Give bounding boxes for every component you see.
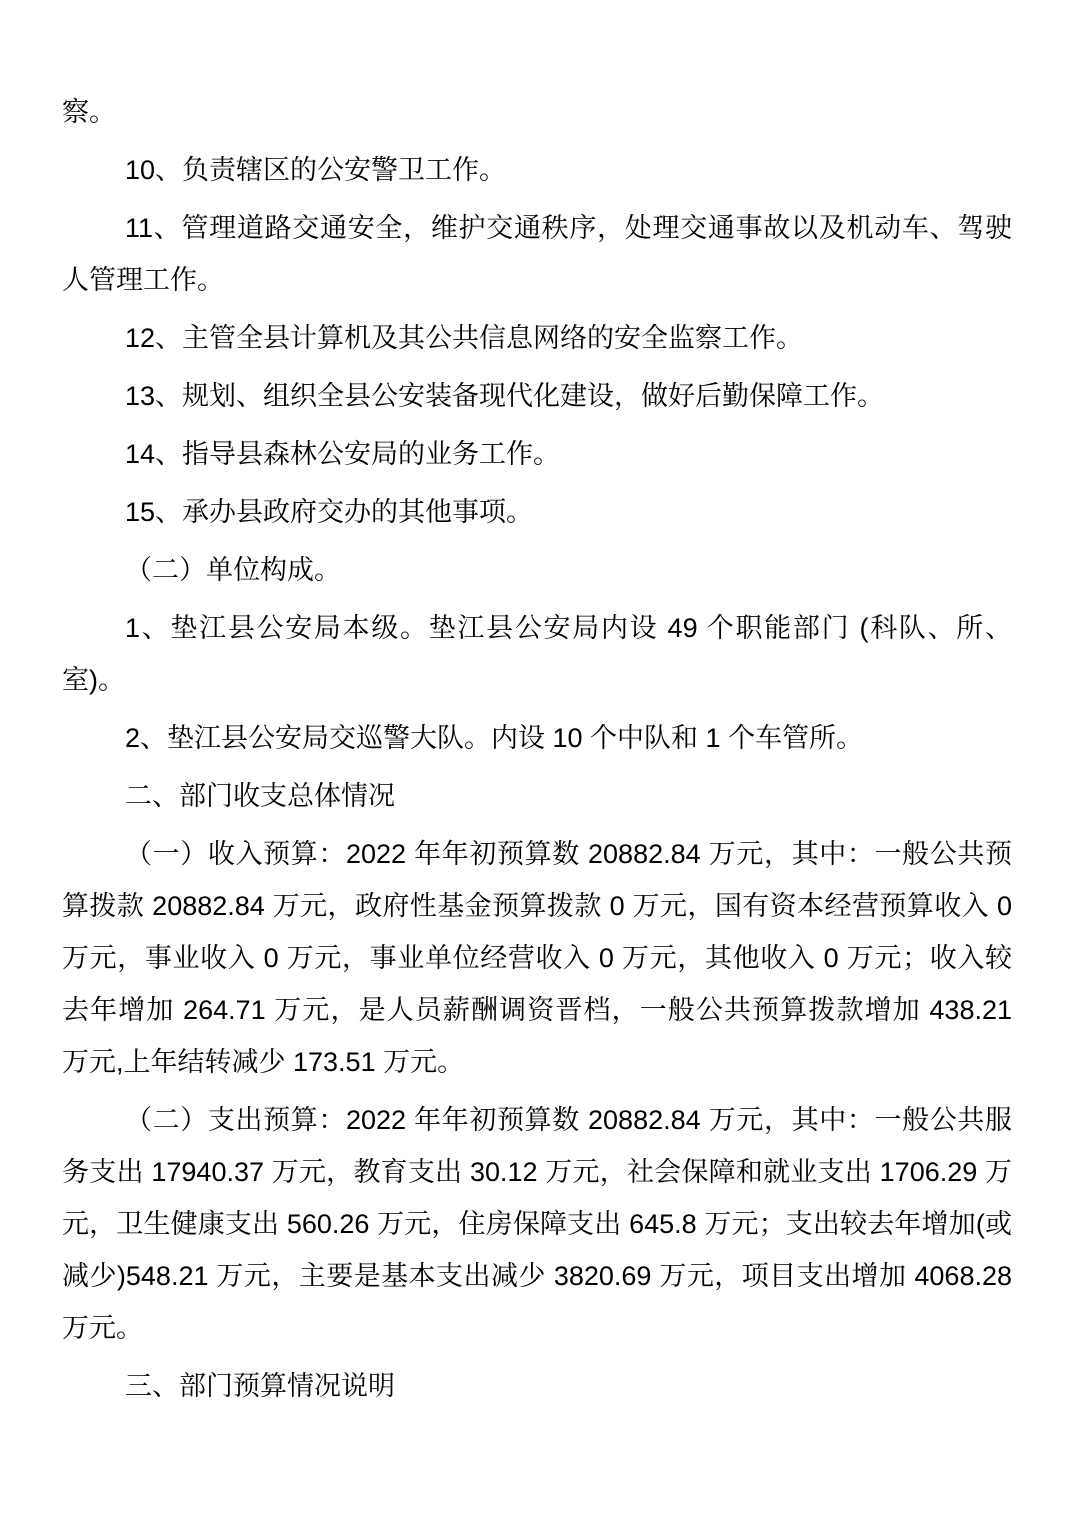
heading-section-3: 三、部门预算情况说明 — [62, 1360, 1012, 1412]
para-unit-item-1: 1、垫江县公安局本级。垫江县公安局内设 49 个职能部门 (科队、所、室)。 — [62, 602, 1012, 706]
para-duty-item-15: 15、承办县政府交办的其他事项。 — [62, 486, 1012, 538]
para-expenditure-budget: （二）支出预算：2022 年年初预算数 20882.84 万元，其中：一般公共服… — [62, 1094, 1012, 1354]
para-revenue-budget: （一）收入预算：2022 年年初预算数 20882.84 万元，其中：一般公共预… — [62, 828, 1012, 1088]
para-continuation-tail: 察。 — [62, 86, 1012, 138]
para-duty-item-11: 11、管理道路交通安全，维护交通秩序，处理交通事故以及机动车、驾驶人管理工作。 — [62, 202, 1012, 306]
para-duty-item-14: 14、指导县森林公安局的业务工作。 — [62, 428, 1012, 480]
para-duty-item-10: 10、负责辖区的公安警卫工作。 — [62, 144, 1012, 196]
para-duty-item-12: 12、主管全县计算机及其公共信息网络的安全监察工作。 — [62, 312, 1012, 364]
document-page: 察。 10、负责辖区的公安警卫工作。 11、管理道路交通安全，维护交通秩序，处理… — [0, 0, 1074, 1520]
heading-section-2: 二、部门收支总体情况 — [62, 770, 1012, 822]
para-subsection-unit-composition: （二）单位构成。 — [62, 544, 1012, 596]
para-duty-item-13: 13、规划、组织全县公安装备现代化建设，做好后勤保障工作。 — [62, 370, 1012, 422]
para-unit-item-2: 2、垫江县公安局交巡警大队。内设 10 个中队和 1 个车管所。 — [62, 712, 1012, 764]
